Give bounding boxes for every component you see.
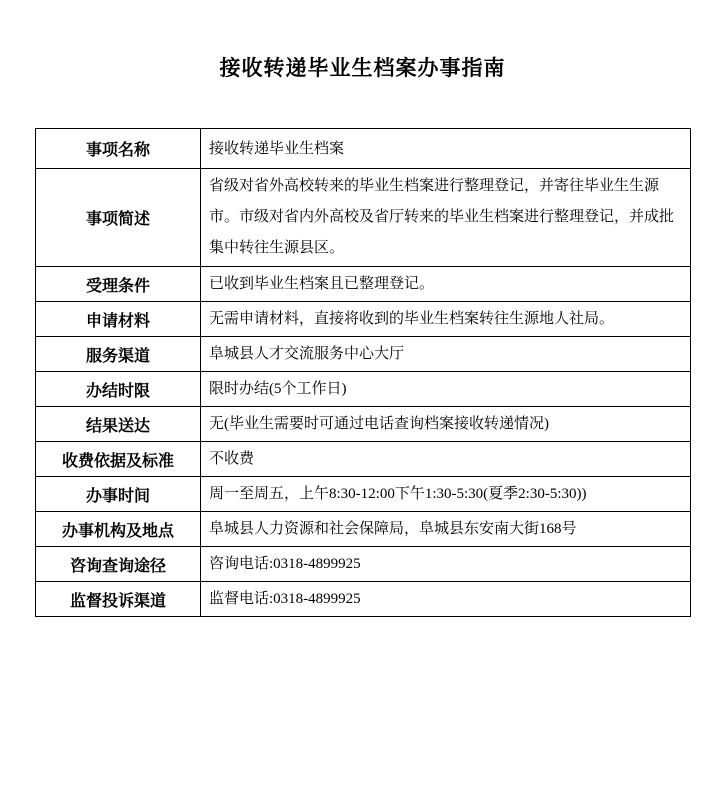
row-content: 省级对省外高校转来的毕业生档案进行整理登记，并寄往毕业生生源市。市级对省内外高校… [201,169,691,267]
row-label: 事项简述 [36,169,201,267]
info-table: 事项名称 接收转递毕业生档案 事项简述 省级对省外高校转来的毕业生档案进行整理登… [35,128,691,617]
row-label: 受理条件 [36,267,201,302]
row-label: 收费依据及标准 [36,442,201,477]
row-label: 结果送达 [36,407,201,442]
page-title: 接收转递毕业生档案办事指南 [0,0,725,82]
document-page: 接收转递毕业生档案办事指南 事项名称 接收转递毕业生档案 事项简述 省级对省外高… [0,0,725,800]
table-row: 事项名称 接收转递毕业生档案 [36,129,691,169]
row-content: 不收费 [201,442,691,477]
row-label: 咨询查询途径 [36,547,201,582]
row-content: 咨询电话:0318-4899925 [201,547,691,582]
row-label: 申请材料 [36,302,201,337]
row-label: 办结时限 [36,372,201,407]
table-row: 监督投诉渠道 监督电话:0318-4899925 [36,582,691,617]
row-content: 无需申请材料，直接将收到的毕业生档案转往生源地人社局。 [201,302,691,337]
row-content: 限时办结(5个工作日) [201,372,691,407]
table-row: 结果送达 无(毕业生需要时可通过电话查询档案接收转递情况) [36,407,691,442]
row-content: 阜城县人才交流服务中心大厅 [201,337,691,372]
row-content: 监督电话:0318-4899925 [201,582,691,617]
row-label: 事项名称 [36,129,201,169]
table-row: 办结时限 限时办结(5个工作日) [36,372,691,407]
row-content: 已收到毕业生档案且已整理登记。 [201,267,691,302]
row-label: 办事机构及地点 [36,512,201,547]
row-content: 无(毕业生需要时可通过电话查询档案接收转递情况) [201,407,691,442]
table-row: 咨询查询途径 咨询电话:0318-4899925 [36,547,691,582]
table-row: 事项简述 省级对省外高校转来的毕业生档案进行整理登记，并寄往毕业生生源市。市级对… [36,169,691,267]
row-content: 接收转递毕业生档案 [201,129,691,169]
table-row: 申请材料 无需申请材料，直接将收到的毕业生档案转往生源地人社局。 [36,302,691,337]
row-content: 周一至周五，上午8:30-12:00下午1:30-5:30(夏季2:30-5:3… [201,477,691,512]
table-row: 收费依据及标准 不收费 [36,442,691,477]
row-content: 阜城县人力资源和社会保障局，阜城县东安南大街168号 [201,512,691,547]
table-row: 服务渠道 阜城县人才交流服务中心大厅 [36,337,691,372]
row-label: 办事时间 [36,477,201,512]
table-row: 办事机构及地点 阜城县人力资源和社会保障局，阜城县东安南大街168号 [36,512,691,547]
row-label: 监督投诉渠道 [36,582,201,617]
table-row: 受理条件 已收到毕业生档案且已整理登记。 [36,267,691,302]
row-label: 服务渠道 [36,337,201,372]
table-row: 办事时间 周一至周五，上午8:30-12:00下午1:30-5:30(夏季2:3… [36,477,691,512]
